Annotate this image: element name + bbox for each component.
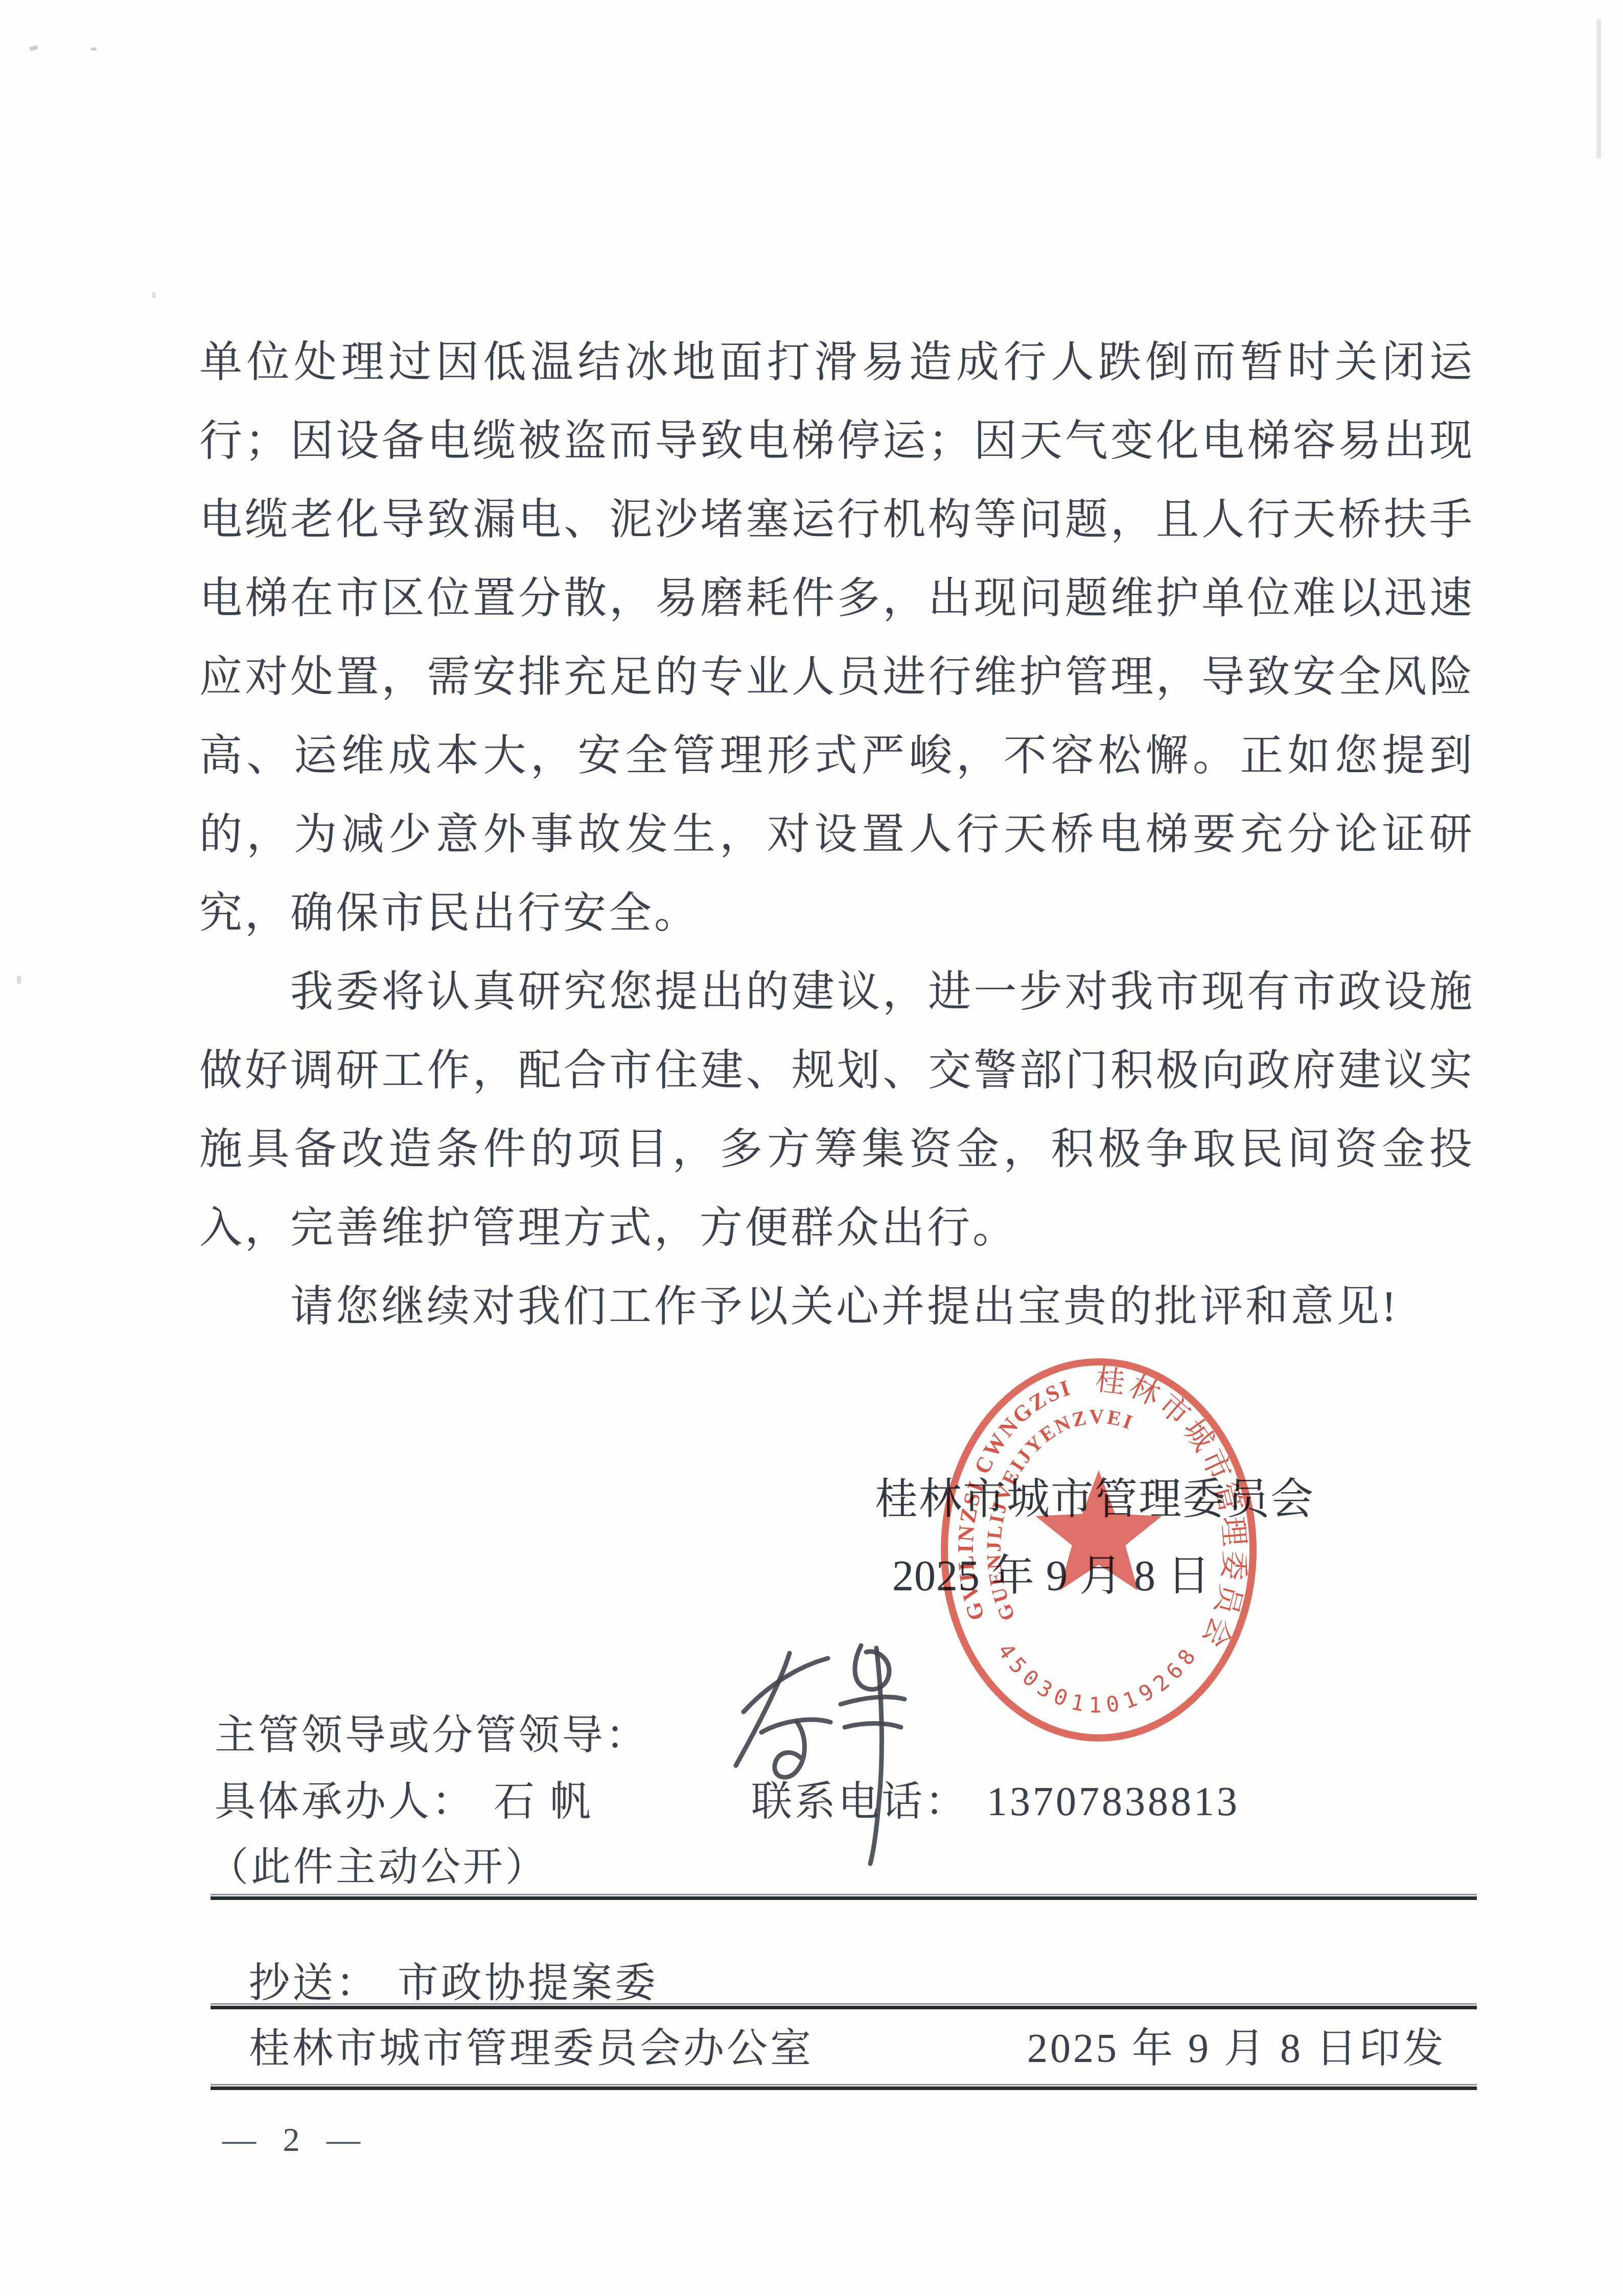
body-paragraph: 请您继续对我们工作予以关心并提出宝贵的批评和意见! — [199, 1268, 1475, 1347]
divider-rule-top — [211, 1894, 1477, 1900]
cc-recipient: 市政协提案委 — [398, 1961, 658, 2006]
cc-line: 抄送：市政协提案委 — [249, 1962, 658, 2004]
body-paragraph: 我委将认真研究您提出的建议，进一步对我市现有市政设施做好调研工作，配合市住建、规… — [199, 953, 1475, 1268]
star-icon — [1035, 1470, 1162, 1590]
scan-edge-shadow — [1596, 19, 1601, 158]
scan-speck — [17, 976, 21, 984]
phone-label: 联系电话： — [751, 1779, 968, 1824]
seal-serial-number: 4503011019268 — [993, 1639, 1204, 1718]
body-paragraph: 单位处理过因低温结冰地面打滑易造成行人跌倒而暂时关闭运行；因设备电缆被盗而导致电… — [199, 323, 1475, 953]
scan-speck — [29, 45, 38, 51]
disclosure-note: （此件主动公开） — [208, 1846, 548, 1888]
scan-speck — [152, 292, 155, 298]
handler-line: 具体承办人：石 帆 — [215, 1781, 593, 1823]
handwritten-signature — [713, 1617, 912, 1873]
official-seal: GVILINZSI CWNGZSI 桂林市城市管理委员会 GUENJLIJVEI… — [938, 1357, 1260, 1745]
divider-rule-middle — [211, 2003, 1477, 2010]
issuing-office: 桂林市城市管理委员会办公室 — [249, 2028, 814, 2070]
phone-number: 13707838813 — [987, 1779, 1240, 1824]
cc-label: 抄送： — [249, 1961, 379, 2006]
phone-line: 联系电话：13707838813 — [751, 1781, 1240, 1823]
handler-name: 石 帆 — [494, 1779, 593, 1824]
leader-label: 主管领导或分管领导： — [215, 1714, 649, 1756]
print-date: 2025 年 9 月 8 日印发 — [1027, 2028, 1446, 2070]
body-text: 单位处理过因低温结冰地面打滑易造成行人跌倒而暂时关闭运行；因设备电缆被盗而导致电… — [199, 323, 1475, 1347]
document-page: 单位处理过因低温结冰地面打滑易造成行人跌倒而暂时关闭运行；因设备电缆被盗而导致电… — [0, 0, 1623, 2296]
scan-speck — [91, 48, 97, 51]
leader-label-text: 主管领导或分管领导： — [215, 1713, 649, 1758]
divider-rule-bottom — [211, 2084, 1477, 2091]
seal-ring-text-outer: GVILINZSI CWNGZSI — [953, 1375, 1075, 1624]
page-number: — 2 — — [222, 2121, 369, 2160]
handler-label: 具体承办人： — [215, 1779, 475, 1824]
